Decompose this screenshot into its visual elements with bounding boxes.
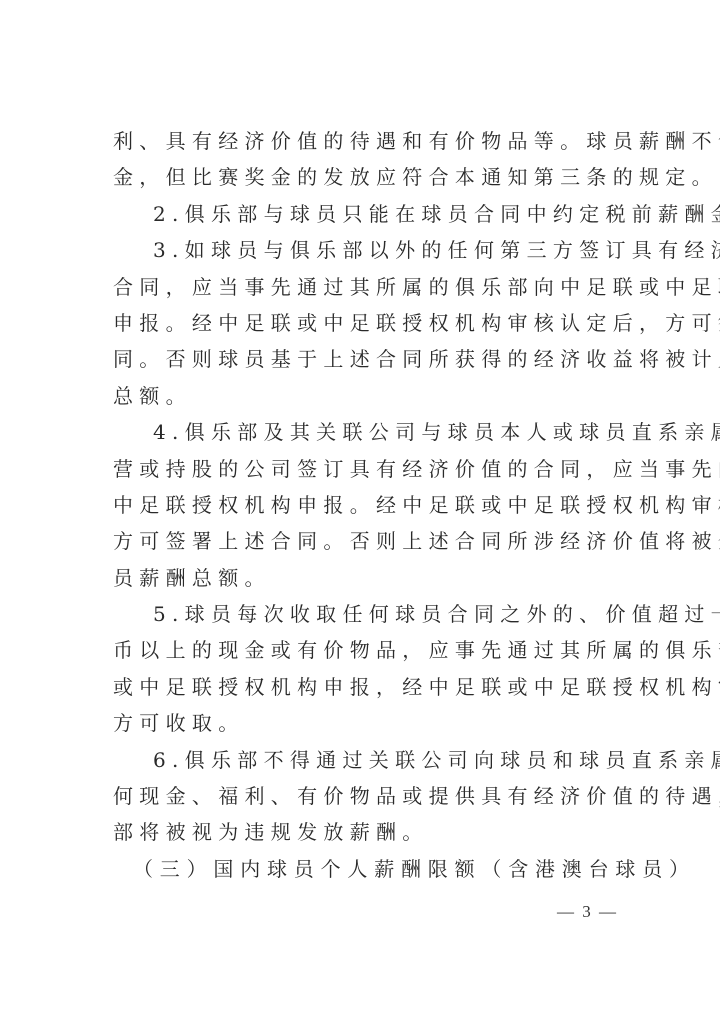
clause-3: 3.如球员与俱乐部以外的任何第三方签订具有经济价值的 [113, 232, 615, 268]
text-line: 总额。 [113, 378, 615, 414]
text-line: 或中足联授权机构申报，经中足联或中足联授权机构审核认定后 [113, 669, 615, 705]
text-line: 币以上的现金或有价物品，应事先通过其所属的俱乐部向中足联 [113, 632, 615, 668]
document-body: 利、具有经济价值的待遇和有价物品等。球员薪酬不包括比赛奖 金，但比赛奖金的发放应… [113, 123, 615, 887]
text-line: 何现金、福利、有价物品或提供具有经济价值的待遇，否则俱乐 [113, 778, 615, 814]
text-line: 申报。经中足联或中足联授权机构审核认定后，方可签署上述合 [113, 305, 615, 341]
clause-2: 2.俱乐部与球员只能在球员合同中约定税前薪酬金额。 [113, 196, 615, 232]
section-heading: （三）国内球员个人薪酬限额（含港澳台球员） [113, 851, 615, 887]
text-line: 同。否则球员基于上述合同所获得的经济收益将被计入球员薪酬 [113, 341, 615, 377]
clause-4: 4.俱乐部及其关联公司与球员本人或球员直系亲属参与经 [113, 414, 615, 450]
text-line: 合同，应当事先通过其所属的俱乐部向中足联或中足联授权机构 [113, 269, 615, 305]
text-line: 方可签署上述合同。否则上述合同所涉经济价值将被全额计入球 [113, 523, 615, 559]
text-line: 利、具有经济价值的待遇和有价物品等。球员薪酬不包括比赛奖 [113, 123, 615, 159]
text-line: 金，但比赛奖金的发放应符合本通知第三条的规定。 [113, 159, 615, 195]
clause-6: 6.俱乐部不得通过关联公司向球员和球员直系亲属发放任 [113, 742, 615, 778]
clause-5: 5.球员每次收取任何球员合同之外的、价值超过一万元人民 [113, 596, 615, 632]
page-number: — 3 — [557, 902, 618, 922]
text-line: 部将被视为违规发放薪酬。 [113, 814, 615, 850]
text-line: 员薪酬总额。 [113, 560, 615, 596]
text-line: 营或持股的公司签订具有经济价值的合同，应当事先向中足联或 [113, 451, 615, 487]
text-line: 方可收取。 [113, 705, 615, 741]
text-line: 中足联授权机构申报。经中足联或中足联授权机构审核认定后， [113, 487, 615, 523]
